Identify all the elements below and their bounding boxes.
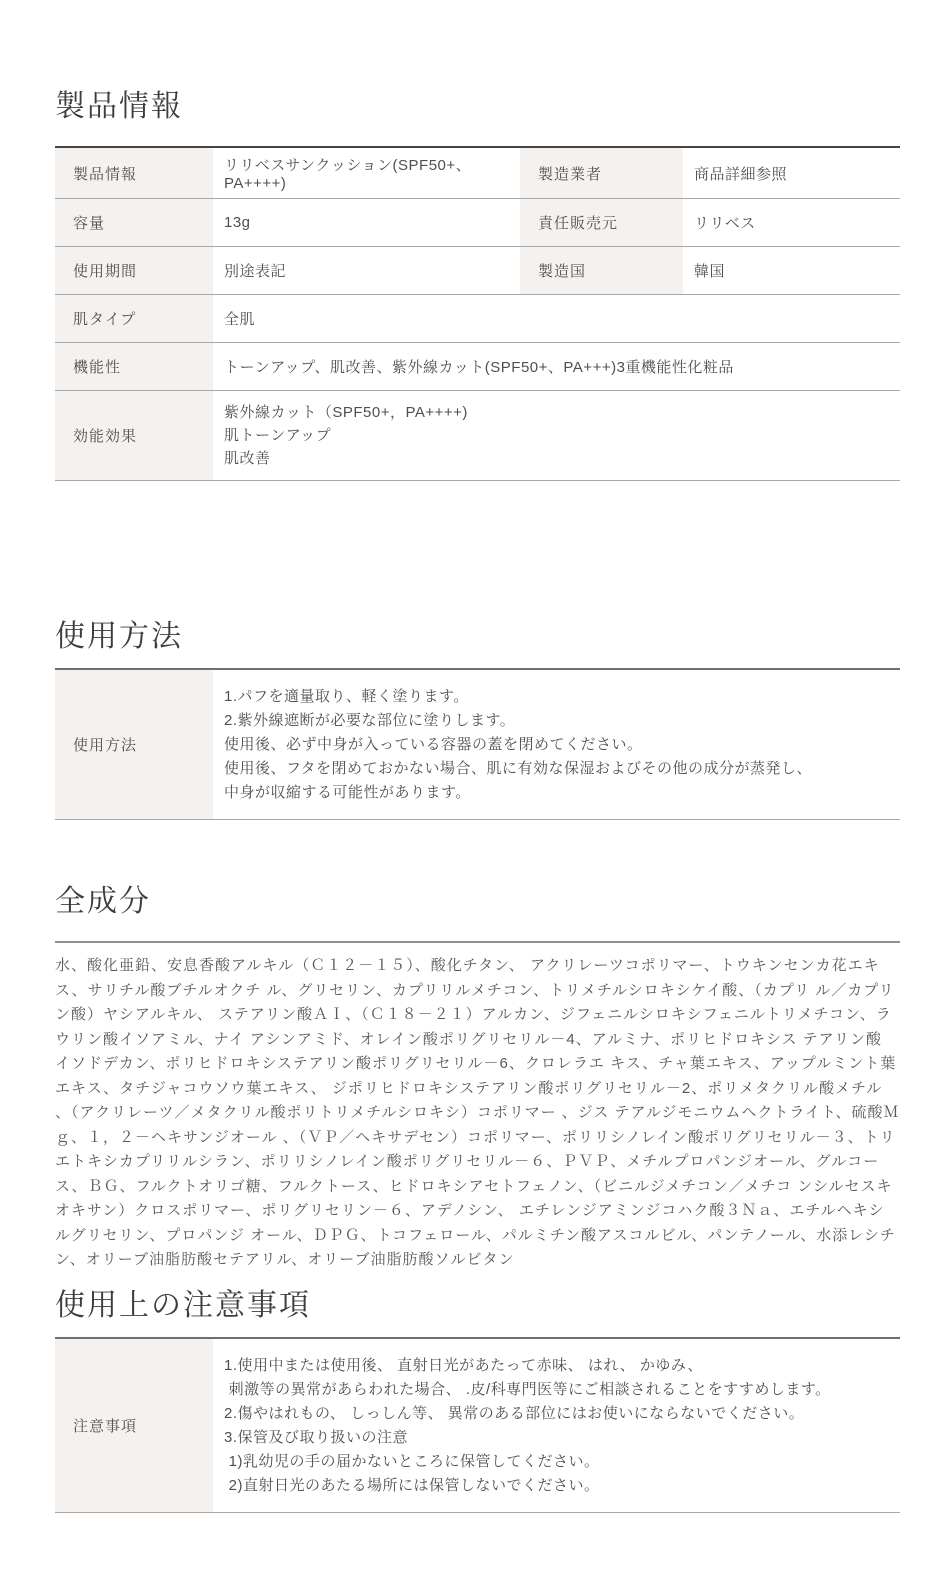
table-row: 容量 13g 責任販売元 リリベス bbox=[55, 198, 900, 246]
row-label: 肌タイプ bbox=[55, 295, 213, 342]
ingredients-heading: 全成分 bbox=[55, 883, 900, 921]
usage-heading: 使用方法 bbox=[55, 618, 900, 656]
row-value: 13g bbox=[213, 199, 520, 246]
row-label: 製造業者 bbox=[520, 148, 683, 198]
precautions-content: 1.使用中または使用後、 直射日光があたって赤味、 はれ、 かゆみ、 刺激等の異… bbox=[213, 1339, 900, 1512]
precautions-heading: 使用上の注意事項 bbox=[55, 1287, 900, 1325]
precaution-line: 刺激等の異常があらわれた場合、 .皮/科専門医等にご相談されることをすすめします… bbox=[224, 1378, 892, 1402]
row-label: 注意事項 bbox=[55, 1339, 213, 1512]
row-value: 商品詳細参照 bbox=[683, 148, 900, 198]
usage-line: 2.紫外線遮断が必要な部位に塗りします。 bbox=[224, 709, 892, 733]
section-usage: 使用方法 使用方法 1.パフを適量取り、軽く塗ります。 2.紫外線遮断が必要な部… bbox=[55, 618, 900, 820]
row-label: 効能効果 bbox=[55, 391, 213, 480]
usage-line: 中身が収縮する可能性があります。 bbox=[224, 781, 892, 805]
usage-table: 使用方法 1.パフを適量取り、軽く塗ります。 2.紫外線遮断が必要な部位に塗りし… bbox=[55, 668, 900, 820]
row-value: 紫外線カット（SPF50+，PA++++) 肌トーンアップ 肌改善 bbox=[213, 391, 900, 480]
row-label: 製造国 bbox=[520, 247, 683, 294]
precaution-line: 1)乳幼児の手の届かないところに保管してください。 bbox=[224, 1450, 892, 1474]
effects-line: 肌トーンアップ bbox=[224, 424, 331, 447]
row-label: 製品情報 bbox=[55, 148, 213, 198]
section-product-info: 製品情報 製品情報 リリベスサンクッション(SPF50+、PA++++) 製造業… bbox=[55, 0, 900, 481]
section-precautions: 使用上の注意事項 注意事項 1.使用中または使用後、 直射日光があたって赤味、 … bbox=[55, 1287, 900, 1513]
product-info-table: 製品情報 リリベスサンクッション(SPF50+、PA++++) 製造業者 商品詳… bbox=[55, 146, 900, 481]
row-label: 機能性 bbox=[55, 343, 213, 390]
row-value: 全肌 bbox=[213, 295, 900, 342]
usage-line: 1.パフを適量取り、軽く塗ります。 bbox=[224, 685, 892, 709]
row-label: 使用期間 bbox=[55, 247, 213, 294]
row-value: リリベス bbox=[683, 199, 900, 246]
row-value: 別途表記 bbox=[213, 247, 520, 294]
precautions-table: 注意事項 1.使用中または使用後、 直射日光があたって赤味、 はれ、 かゆみ、 … bbox=[55, 1337, 900, 1513]
table-row: 製品情報 リリベスサンクッション(SPF50+、PA++++) 製造業者 商品詳… bbox=[55, 148, 900, 198]
product-info-heading: 製品情報 bbox=[55, 88, 900, 126]
product-detail-page: 製品情報 製品情報 リリベスサンクッション(SPF50+、PA++++) 製造業… bbox=[0, 0, 950, 1584]
section-ingredients: 全成分 水、酸化亜鉛、安息香酸アルキル（Ｃ１２－１５）、酸化チタン、 アクリレー… bbox=[55, 883, 900, 1273]
precaution-line: 3.保管及び取り扱いの注意 bbox=[224, 1426, 892, 1450]
section-divider bbox=[55, 941, 900, 943]
precaution-line: 1.使用中または使用後、 直射日光があたって赤味、 はれ、 かゆみ、 bbox=[224, 1354, 892, 1378]
row-value: トーンアップ、肌改善、紫外線カット(SPF50+、PA+++)3重機能性化粧品 bbox=[213, 343, 900, 390]
table-row: 注意事項 1.使用中または使用後、 直射日光があたって赤味、 はれ、 かゆみ、 … bbox=[55, 1339, 900, 1512]
precaution-line: 2.傷やはれもの、 しっしん等、 異常のある部位にはお使いにならないでください。 bbox=[224, 1402, 892, 1426]
row-value: 韓国 bbox=[683, 247, 900, 294]
effects-line: 肌改善 bbox=[224, 447, 271, 470]
ingredients-paragraph: 水、酸化亜鉛、安息香酸アルキル（Ｃ１２－１５）、酸化チタン、 アクリレーツコポリ… bbox=[55, 954, 900, 1273]
table-row: 機能性 トーンアップ、肌改善、紫外線カット(SPF50+、PA+++)3重機能性… bbox=[55, 342, 900, 390]
table-row: 使用期間 別途表記 製造国 韓国 bbox=[55, 246, 900, 294]
row-value: リリベスサンクッション(SPF50+、PA++++) bbox=[213, 148, 520, 198]
usage-instructions: 1.パフを適量取り、軽く塗ります。 2.紫外線遮断が必要な部位に塗りします。 使… bbox=[213, 670, 900, 819]
effects-line: 紫外線カット（SPF50+，PA++++) bbox=[224, 401, 468, 424]
row-label: 使用方法 bbox=[55, 670, 213, 819]
table-row: 使用方法 1.パフを適量取り、軽く塗ります。 2.紫外線遮断が必要な部位に塗りし… bbox=[55, 670, 900, 819]
usage-line: 使用後、必ず中身が入っている容器の蓋を閉めてください。 bbox=[224, 733, 892, 757]
table-row: 肌タイプ 全肌 bbox=[55, 294, 900, 342]
table-row: 効能効果 紫外線カット（SPF50+，PA++++) 肌トーンアップ 肌改善 bbox=[55, 390, 900, 480]
row-label: 容量 bbox=[55, 199, 213, 246]
precaution-line: 2)直射日光のあたる場所には保管しないでください。 bbox=[224, 1474, 892, 1498]
usage-line: 使用後、フタを閉めておかない場合、肌に有効な保湿およびその他の成分が蒸発し、 bbox=[224, 757, 892, 781]
row-label: 責任販売元 bbox=[520, 199, 683, 246]
